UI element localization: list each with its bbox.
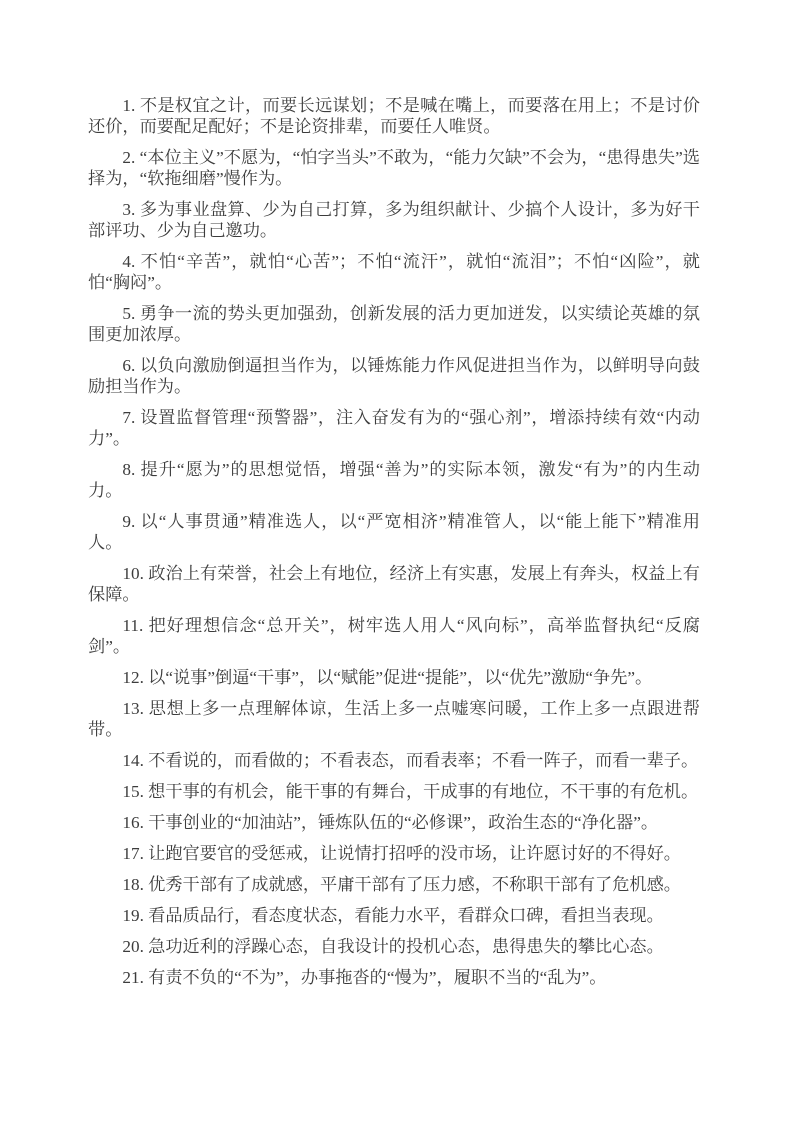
list-item-15: 15. 想干事的有机会，能干事的有舞台，干成事的有地位，不干事的有危机。 [88,781,700,802]
document-page: 1. 不是权宜之计，而要长远谋划；不是喊在嘴上，而要落在用上；不是讨价还价，而要… [0,0,793,1122]
list-item-13: 13. 思想上多一点理解体谅，生活上多一点嘘寒问暖，工作上多一点跟进帮带。 [88,698,700,740]
list-item-8: 8. 提升“愿为”的思想觉悟，增强“善为”的实际本领，激发“有为”的内生动力。 [88,459,700,501]
list-item-4: 4. 不怕“辛苦”，就怕“心苦”；不怕“流汗”，就怕“流泪”；不怕“凶险”，就怕… [88,251,700,293]
list-item-5: 5. 勇争一流的势头更加强劲，创新发展的活力更加迸发，以实绩论英雄的氛围更加浓厚… [88,303,700,345]
list-item-11: 11. 把好理想信念“总开关”，树牢选人用人“风向标”，高举监督执纪“反腐剑”。 [88,615,700,657]
list-item-18: 18. 优秀干部有了成就感，平庸干部有了压力感，不称职干部有了危机感。 [88,874,700,895]
list-item-6: 6. 以负向激励倒逼担当作为，以锤炼能力作风促进担当作为，以鲜明导向鼓励担当作为… [88,355,700,397]
list-item-10: 10. 政治上有荣誉，社会上有地位，经济上有实惠，发展上有奔头，权益上有保障。 [88,563,700,605]
list-item-3: 3. 多为事业盘算、少为自己打算，多为组织献计、少搞个人设计，多为好干部评功、少… [88,199,700,241]
list-item-20: 20. 急功近利的浮躁心态，自我设计的投机心态，患得患失的攀比心态。 [88,936,700,957]
list-item-14: 14. 不看说的，而看做的；不看表态，而看表率；不看一阵子，而看一辈子。 [88,750,700,771]
list-item-19: 19. 看品质品行，看态度状态，看能力水平，看群众口碑，看担当表现。 [88,905,700,926]
list-item-21: 21. 有责不负的“不为”，办事拖沓的“慢为”，履职不当的“乱为”。 [88,967,700,988]
list-item-17: 17. 让跑官要官的受惩戒，让说情打招呼的没市场，让许愿讨好的不得好。 [88,843,700,864]
list-item-16: 16. 干事创业的“加油站”，锤炼队伍的“必修课”，政治生态的“净化器”。 [88,812,700,833]
list-item-9: 9. 以“人事贯通”精准选人，以“严宽相济”精准管人，以“能上能下”精准用人。 [88,511,700,553]
list-item-2: 2. “本位主义”不愿为，“怕字当头”不敢为，“能力欠缺”不会为，“患得患失”选… [88,147,700,189]
list-item-1: 1. 不是权宜之计，而要长远谋划；不是喊在嘴上，而要落在用上；不是讨价还价，而要… [88,95,700,137]
list-item-7: 7. 设置监督管理“预警器”，注入奋发有为的“强心剂”，增添持续有效“内动力”。 [88,407,700,449]
list-item-12: 12. 以“说事”倒逼“干事”，以“赋能”促进“提能”，以“优先”激励“争先”。 [88,667,700,688]
